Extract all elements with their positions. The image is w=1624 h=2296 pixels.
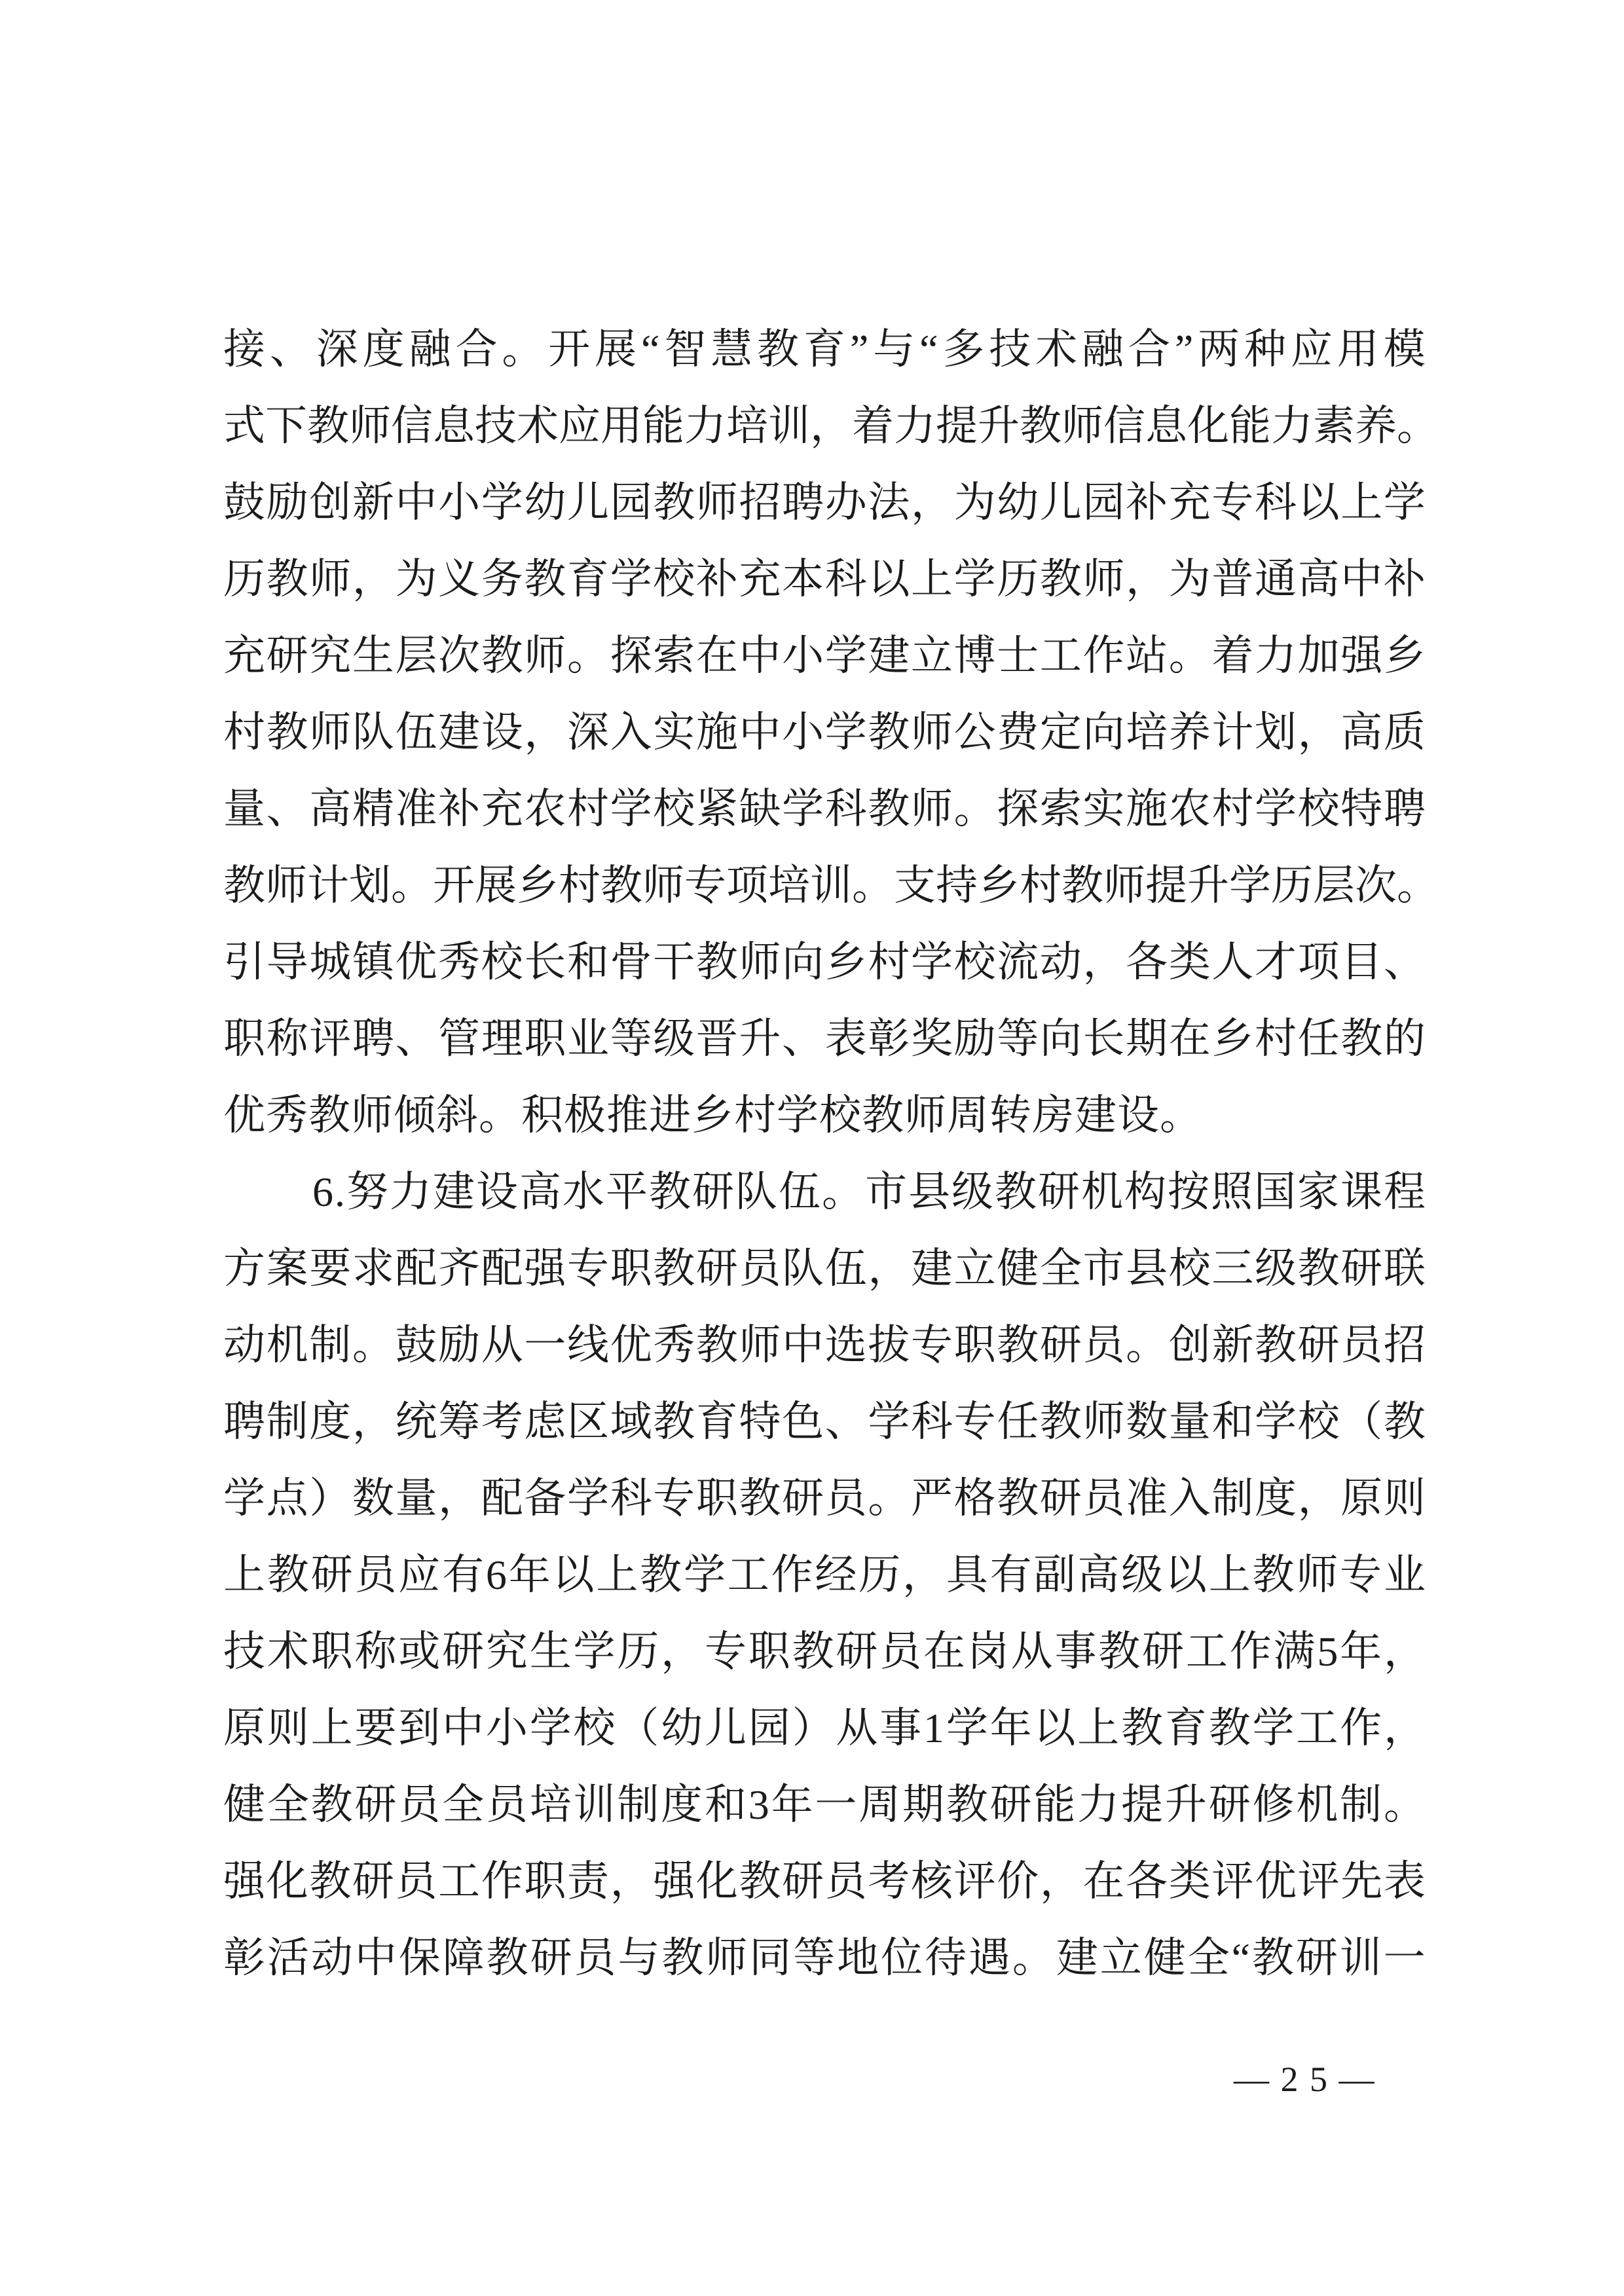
text-line: 6.努力建设高水平教研队伍。市县级教研机构按照国家课程 xyxy=(223,1170,1426,1216)
document-body: 接、深度融合。开展“智慧教育”与“多技术融合”两种应用模式下教师信息技术应用能力… xyxy=(223,327,1426,2030)
text-line: 彰活动中保障教研员与教师同等地位待遇。建立健全“教研训一 xyxy=(223,1936,1426,1982)
text-line: 接、深度融合。开展“智慧教育”与“多技术融合”两种应用模 xyxy=(223,327,1426,373)
text-line: 动机制。鼓励从一线优秀教师中选拔专职教研员。创新教研员招 xyxy=(223,1323,1426,1369)
text-line: 鼓励创新中小学幼儿园教师招聘办法，为幼儿园补充专科以上学 xyxy=(223,481,1426,526)
text-line: 方案要求配齐配强专职教研员队伍，建立健全市县校三级教研联 xyxy=(223,1247,1426,1292)
text-line: 优秀教师倾斜。积极推进乡村学校教师周转房建设。 xyxy=(223,1093,1426,1139)
page-number: — 2 5 — xyxy=(1234,2061,1376,2098)
text-line: 教师计划。开展乡村教师专项培训。支持乡村教师提升学历层次。 xyxy=(223,864,1426,909)
text-line: 职称评聘、管理职业等级晋升、表彰奖励等向长期在乡村任教的 xyxy=(223,1017,1426,1063)
text-line: 式下教师信息技术应用能力培训，着力提升教师信息化能力素养。 xyxy=(223,404,1426,450)
document-page: 接、深度融合。开展“智慧教育”与“多技术融合”两种应用模式下教师信息技术应用能力… xyxy=(0,0,1624,2296)
text-line: 聘制度，统筹考虑区域教育特色、学科专任教师数量和学校（教 xyxy=(223,1400,1426,1446)
text-line: 原则上要到中小学校（幼儿园）从事1学年以上教育教学工作， xyxy=(223,1706,1426,1752)
text-line: 学点）数量，配备学科专职教研员。严格教研员准入制度，原则 xyxy=(223,1476,1426,1522)
paragraph-indent xyxy=(223,1170,311,1171)
text-line: 村教师队伍建设，深入实施中小学教师公费定向培养计划，高质 xyxy=(223,710,1426,756)
text-line: 技术职称或研究生学历，专职教研员在岗从事教研工作满5年， xyxy=(223,1630,1426,1675)
text-line: 强化教研员工作职责，强化教研员考核评价，在各类评优评先表 xyxy=(223,1859,1426,1905)
text-line: 健全教研员全员培训制度和3年一周期教研能力提升研修机制。 xyxy=(223,1783,1426,1829)
text-line: 充研究生层次教师。探索在中小学建立博士工作站。着力加强乡 xyxy=(223,634,1426,680)
text-line: 引导城镇优秀校长和骨干教师向乡村学校流动，各类人才项目、 xyxy=(223,940,1426,986)
text-line: 上教研员应有6年以上教学工作经历，具有副高级以上教师专业 xyxy=(223,1553,1426,1599)
text-line: 量、高精准补充农村学校紧缺学科教师。探索实施农村学校特聘 xyxy=(223,787,1426,833)
text-line: 历教师，为义务教育学校补充本科以上学历教师，为普通高中补 xyxy=(223,557,1426,603)
